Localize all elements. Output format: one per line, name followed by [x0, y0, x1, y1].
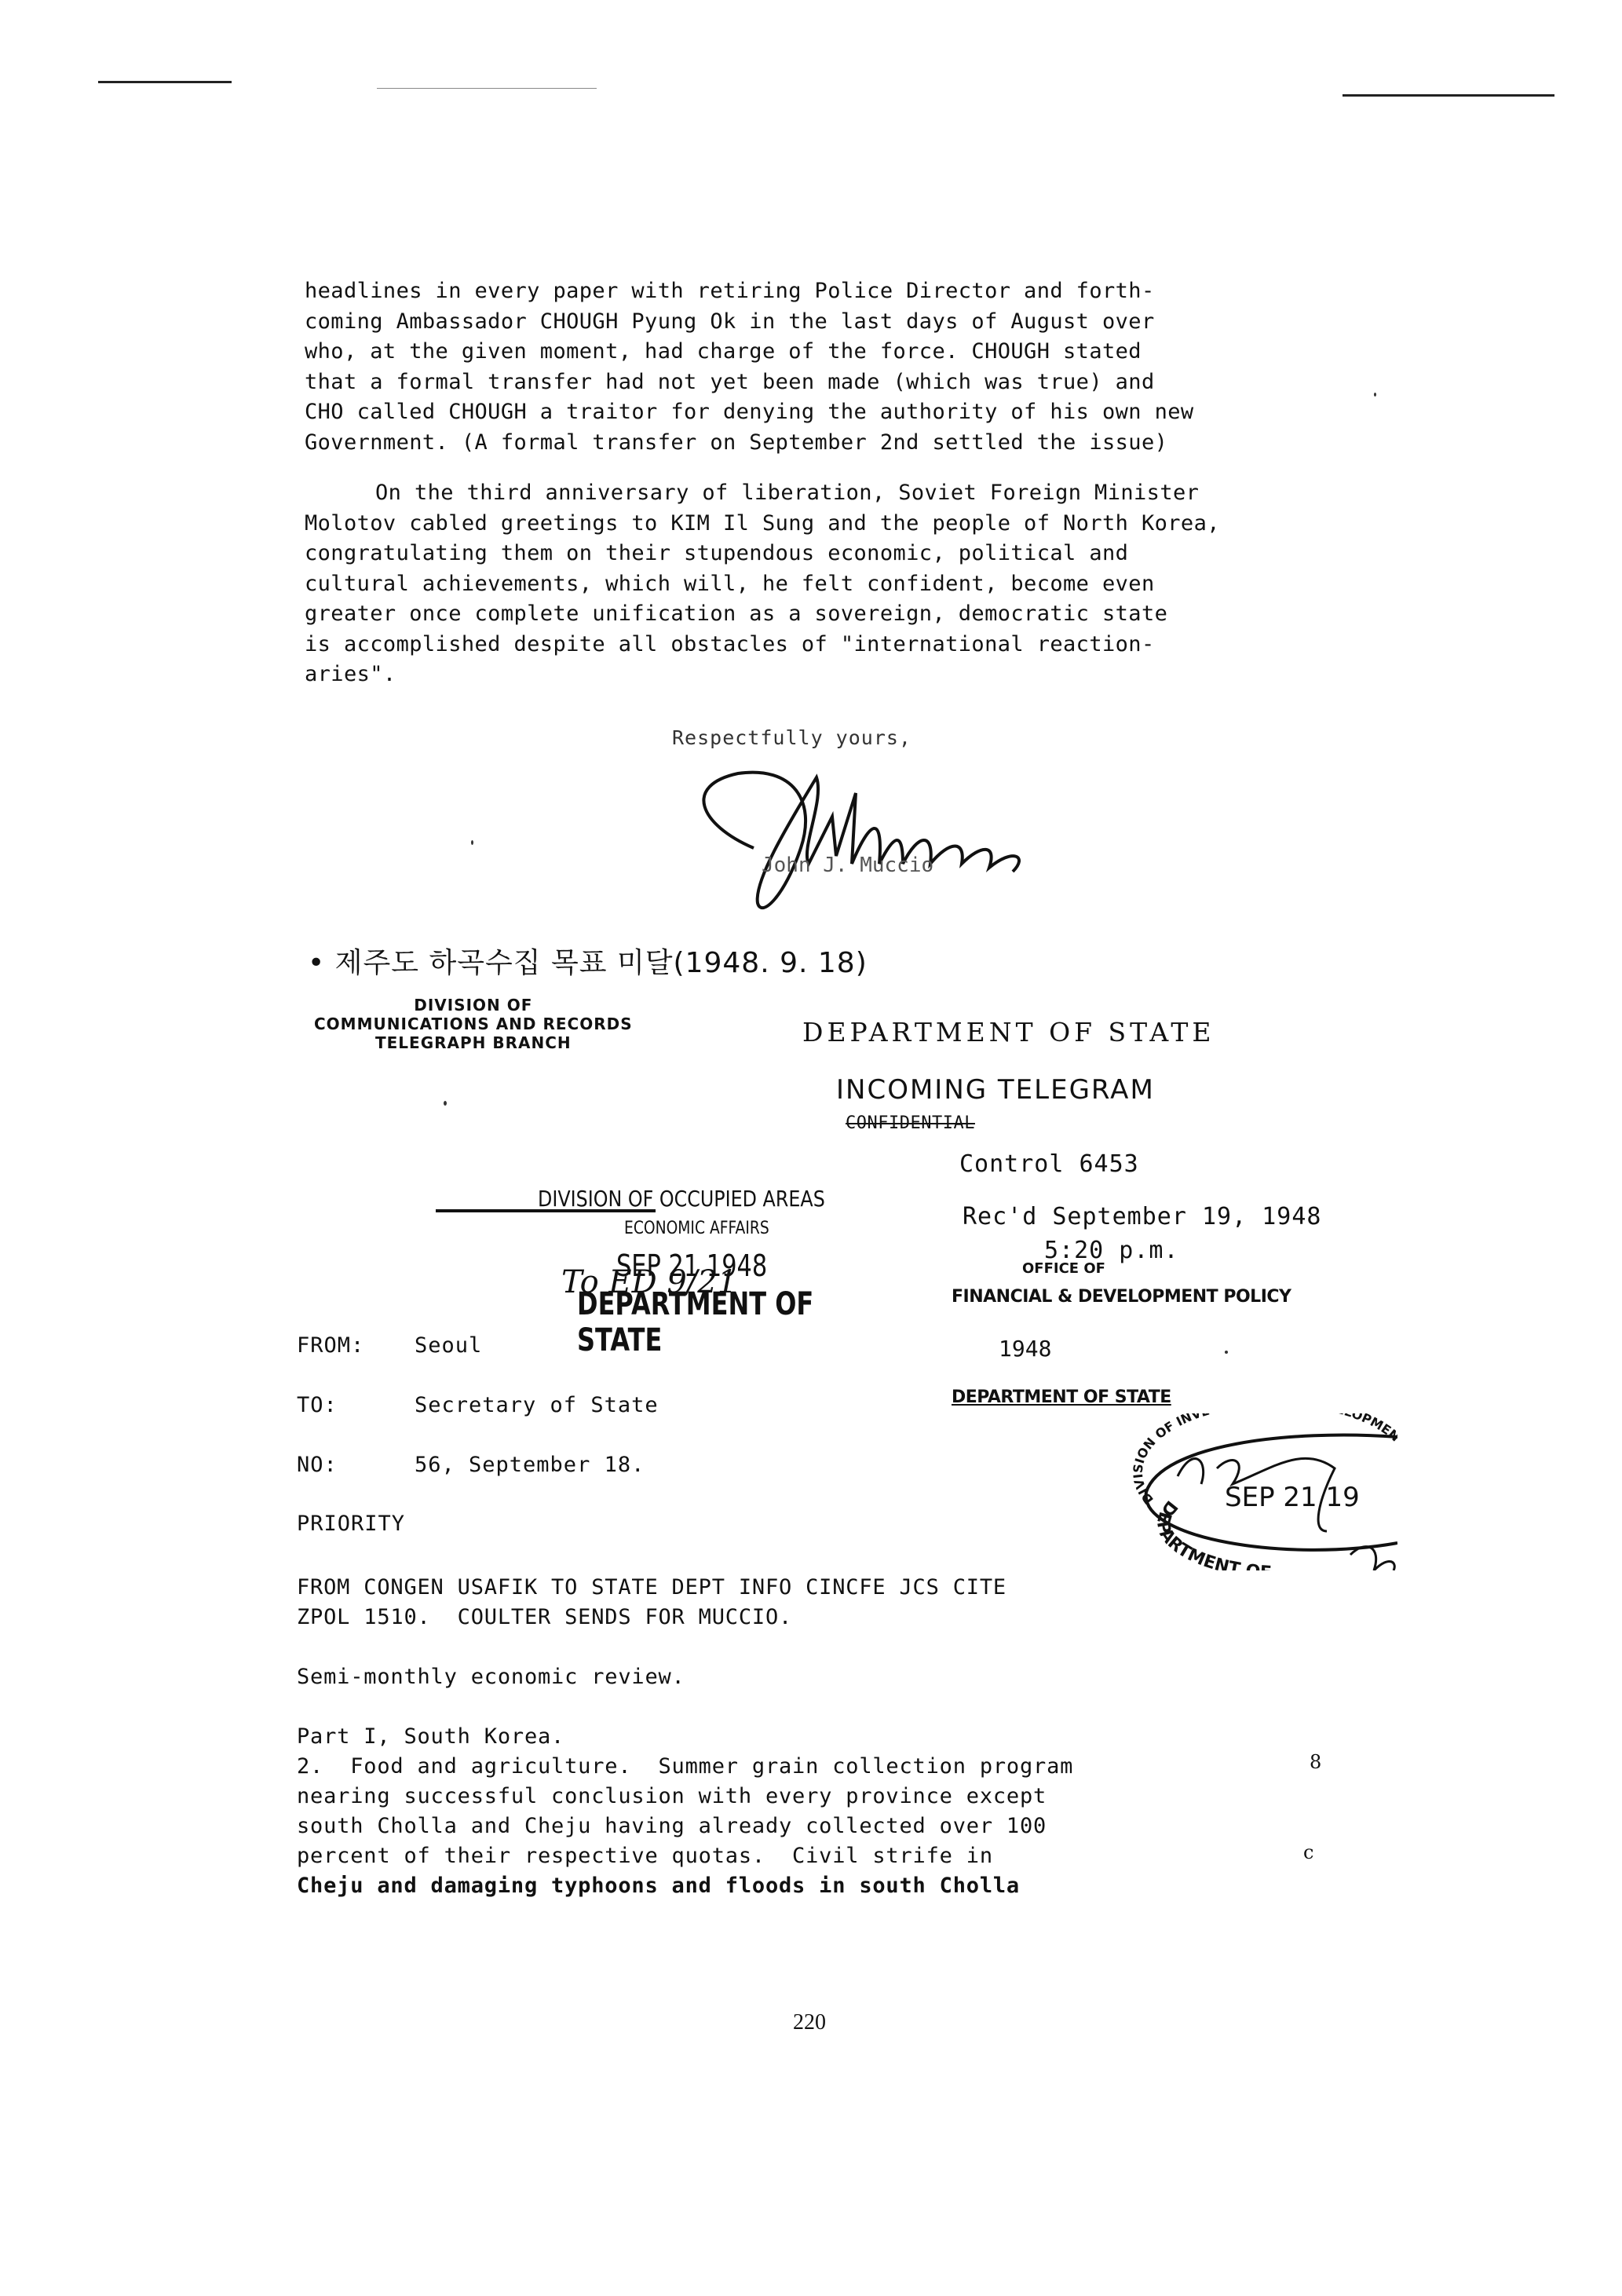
- stamp-occupied-areas: DIVISION OF OCCUPIED AREAS ECONOMIC AFFA…: [436, 1186, 922, 1327]
- priority-label: PRIORITY: [297, 1512, 405, 1536]
- field-from: FROM:Seoul: [297, 1333, 482, 1358]
- scan-speck: [1374, 393, 1376, 397]
- scan-artifact-top-right: [1343, 94, 1554, 97]
- scan-speck: [1225, 1351, 1228, 1354]
- control-number: Control 6453: [959, 1150, 1139, 1178]
- department-title: DEPARTMENT OF STATE: [802, 1017, 1215, 1047]
- stamp-financial-policy: OFFICE OF FINANCIAL & DEVELOPMENT POLICY…: [952, 1260, 1234, 1417]
- telegram-body: FROM CONGEN USAFIK TO STATE DEPT INFO CI…: [297, 1573, 1341, 1901]
- letter-paragraph-2: On the third anniversary of liberation, …: [305, 478, 1349, 690]
- scan-speck: [471, 840, 473, 845]
- field-to: TO:Secretary of State: [297, 1393, 659, 1417]
- signature: John J. Muccio: [667, 770, 1107, 919]
- division-header: DIVISION OF COMMUNICATIONS AND RECORDS T…: [314, 996, 633, 1052]
- margin-mark-1: 8: [1310, 1751, 1321, 1773]
- classification-struck: CONFIDENTIAL: [846, 1113, 975, 1133]
- scan-artifact-top-left: [98, 81, 232, 83]
- scan-artifact-top-mid: [377, 88, 597, 89]
- received-date: Rec'd September 19, 1948: [963, 1203, 1321, 1230]
- svg-text:SEP 21 19: SEP 21 19: [1225, 1482, 1360, 1513]
- letter-closing: Respectfully yours,: [672, 726, 911, 749]
- stamp-rule: [436, 1209, 656, 1212]
- telegram-type: INCOMING TELEGRAM: [836, 1074, 1155, 1106]
- svg-text:John J. Muccio: John J. Muccio: [762, 854, 933, 877]
- letter-body: headlines in every paper with retiring P…: [305, 276, 1349, 690]
- korean-caption: • 제주도 하곡수집 목표 미달(1948. 9. 18): [308, 941, 868, 981]
- page-number: 220: [793, 2010, 826, 2035]
- letter-paragraph-1: headlines in every paper with retiring P…: [305, 276, 1349, 458]
- margin-mark-2: c: [1303, 1841, 1313, 1863]
- scan-speck: [444, 1101, 447, 1106]
- field-no: NO:56, September 18.: [297, 1453, 645, 1477]
- stamp-investment-division: DIVISION OF INVESTMENT AND DEVELOPMENT S…: [1131, 1413, 1397, 1570]
